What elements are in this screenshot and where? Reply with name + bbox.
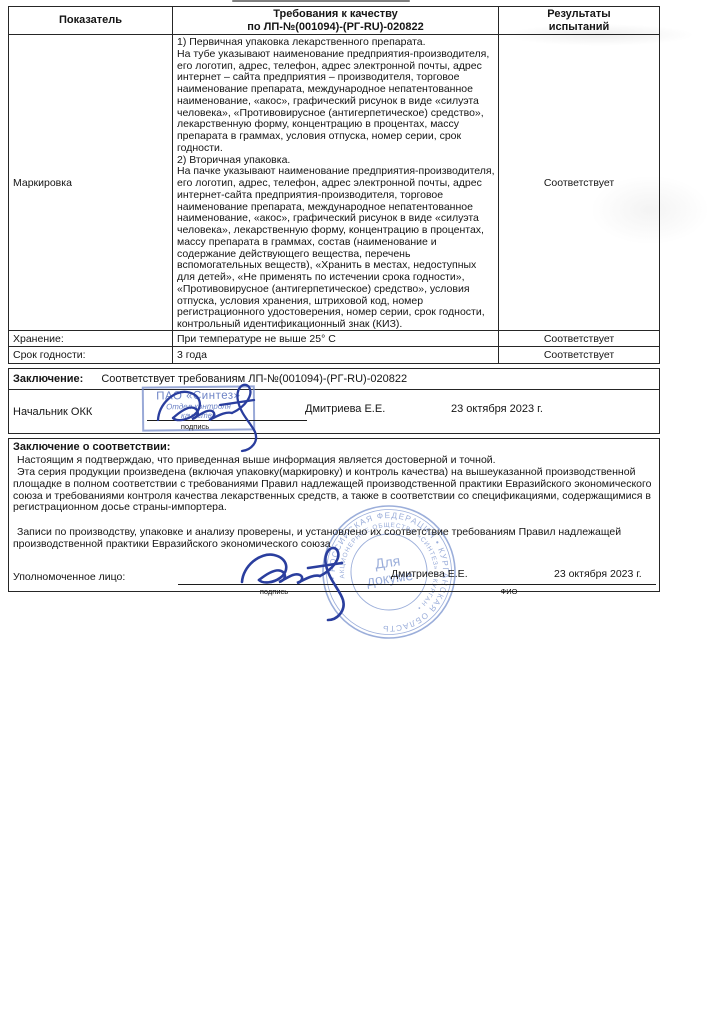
- compliance-paragraph-2: Эта серия продукции произведена (включая…: [13, 467, 657, 514]
- cell-indicator: Срок годности:: [9, 347, 173, 363]
- table-row-storage: Хранение: При температуре не выше 25° С …: [9, 331, 659, 347]
- header-indicator-label: Показатель: [59, 14, 122, 27]
- result-marking: Соответствует: [544, 177, 614, 189]
- cell-indicator: Маркировка: [9, 35, 173, 330]
- indicator-shelf-life: Срок годности:: [13, 349, 86, 361]
- result-storage: Соответствует: [544, 333, 614, 345]
- authorized-date: 23 октября 2023 г.: [554, 569, 642, 581]
- qc-head-date: 23 октября 2023 г.: [451, 403, 543, 415]
- authorized-person-label: Уполномоченное лицо:: [13, 572, 125, 584]
- table-row-marking: Маркировка 1) Первичная упаковка лекарст…: [9, 35, 659, 331]
- qc-head-row: Начальник ОКК Дмитриева Е.Е. 23 октября …: [8, 389, 660, 434]
- result-shelf-life: Соответствует: [544, 349, 614, 361]
- header-results-line2: испытаний: [549, 21, 610, 34]
- indicator-marking: Маркировка: [13, 177, 72, 189]
- header-requirements-line2: по ЛП-№(001094)-(РГ-RU)-020822: [247, 21, 423, 34]
- cell-requirement: При температуре не выше 25° С: [173, 331, 499, 346]
- header-indicator: Показатель: [9, 7, 173, 34]
- header-results-line1: Результаты: [547, 8, 610, 21]
- qc-head-signature-icon: [150, 378, 330, 453]
- header-requirements-line1: Требования к качеству: [273, 8, 398, 21]
- conclusion-label: Заключение:: [13, 373, 83, 385]
- quality-table: Показатель Требования к качеству по ЛП-№…: [8, 6, 660, 364]
- cell-result: Соответствует: [499, 35, 659, 330]
- authorized-name-caption: ФИО: [479, 586, 539, 598]
- cell-indicator: Хранение:: [9, 331, 173, 346]
- conclusion-row: Заключение: Соответствует требованиям ЛП…: [8, 368, 660, 390]
- compliance-title: Заключение о соответствии:: [13, 442, 170, 454]
- indicator-storage: Хранение:: [13, 333, 64, 345]
- requirement-storage: При температуре не выше 25° С: [177, 333, 336, 345]
- cell-result: Соответствует: [499, 347, 659, 363]
- table-row-shelf-life: Срок годности: 3 года Соответствует: [9, 347, 659, 363]
- cell-result: Соответствует: [499, 331, 659, 346]
- cell-requirement: 3 года: [173, 347, 499, 363]
- cell-requirement: 1) Первичная упаковка лекарственного пре…: [173, 35, 499, 330]
- qc-head-title: Начальник ОКК: [13, 406, 92, 418]
- table-header-row: Показатель Требования к качеству по ЛП-№…: [9, 7, 659, 35]
- header-requirements: Требования к качеству по ЛП-№(001094)-(Р…: [173, 7, 499, 34]
- scan-artifact-top-streak: [232, 0, 410, 2]
- authorized-signature-icon: [232, 544, 392, 622]
- requirement-shelf-life: 3 года: [177, 349, 207, 361]
- scanned-quality-certificate: Показатель Требования к качеству по ЛП-№…: [0, 0, 724, 1024]
- header-results: Результаты испытаний: [499, 7, 659, 34]
- authorized-person-name: Дмитриева Е.Е.: [391, 569, 468, 581]
